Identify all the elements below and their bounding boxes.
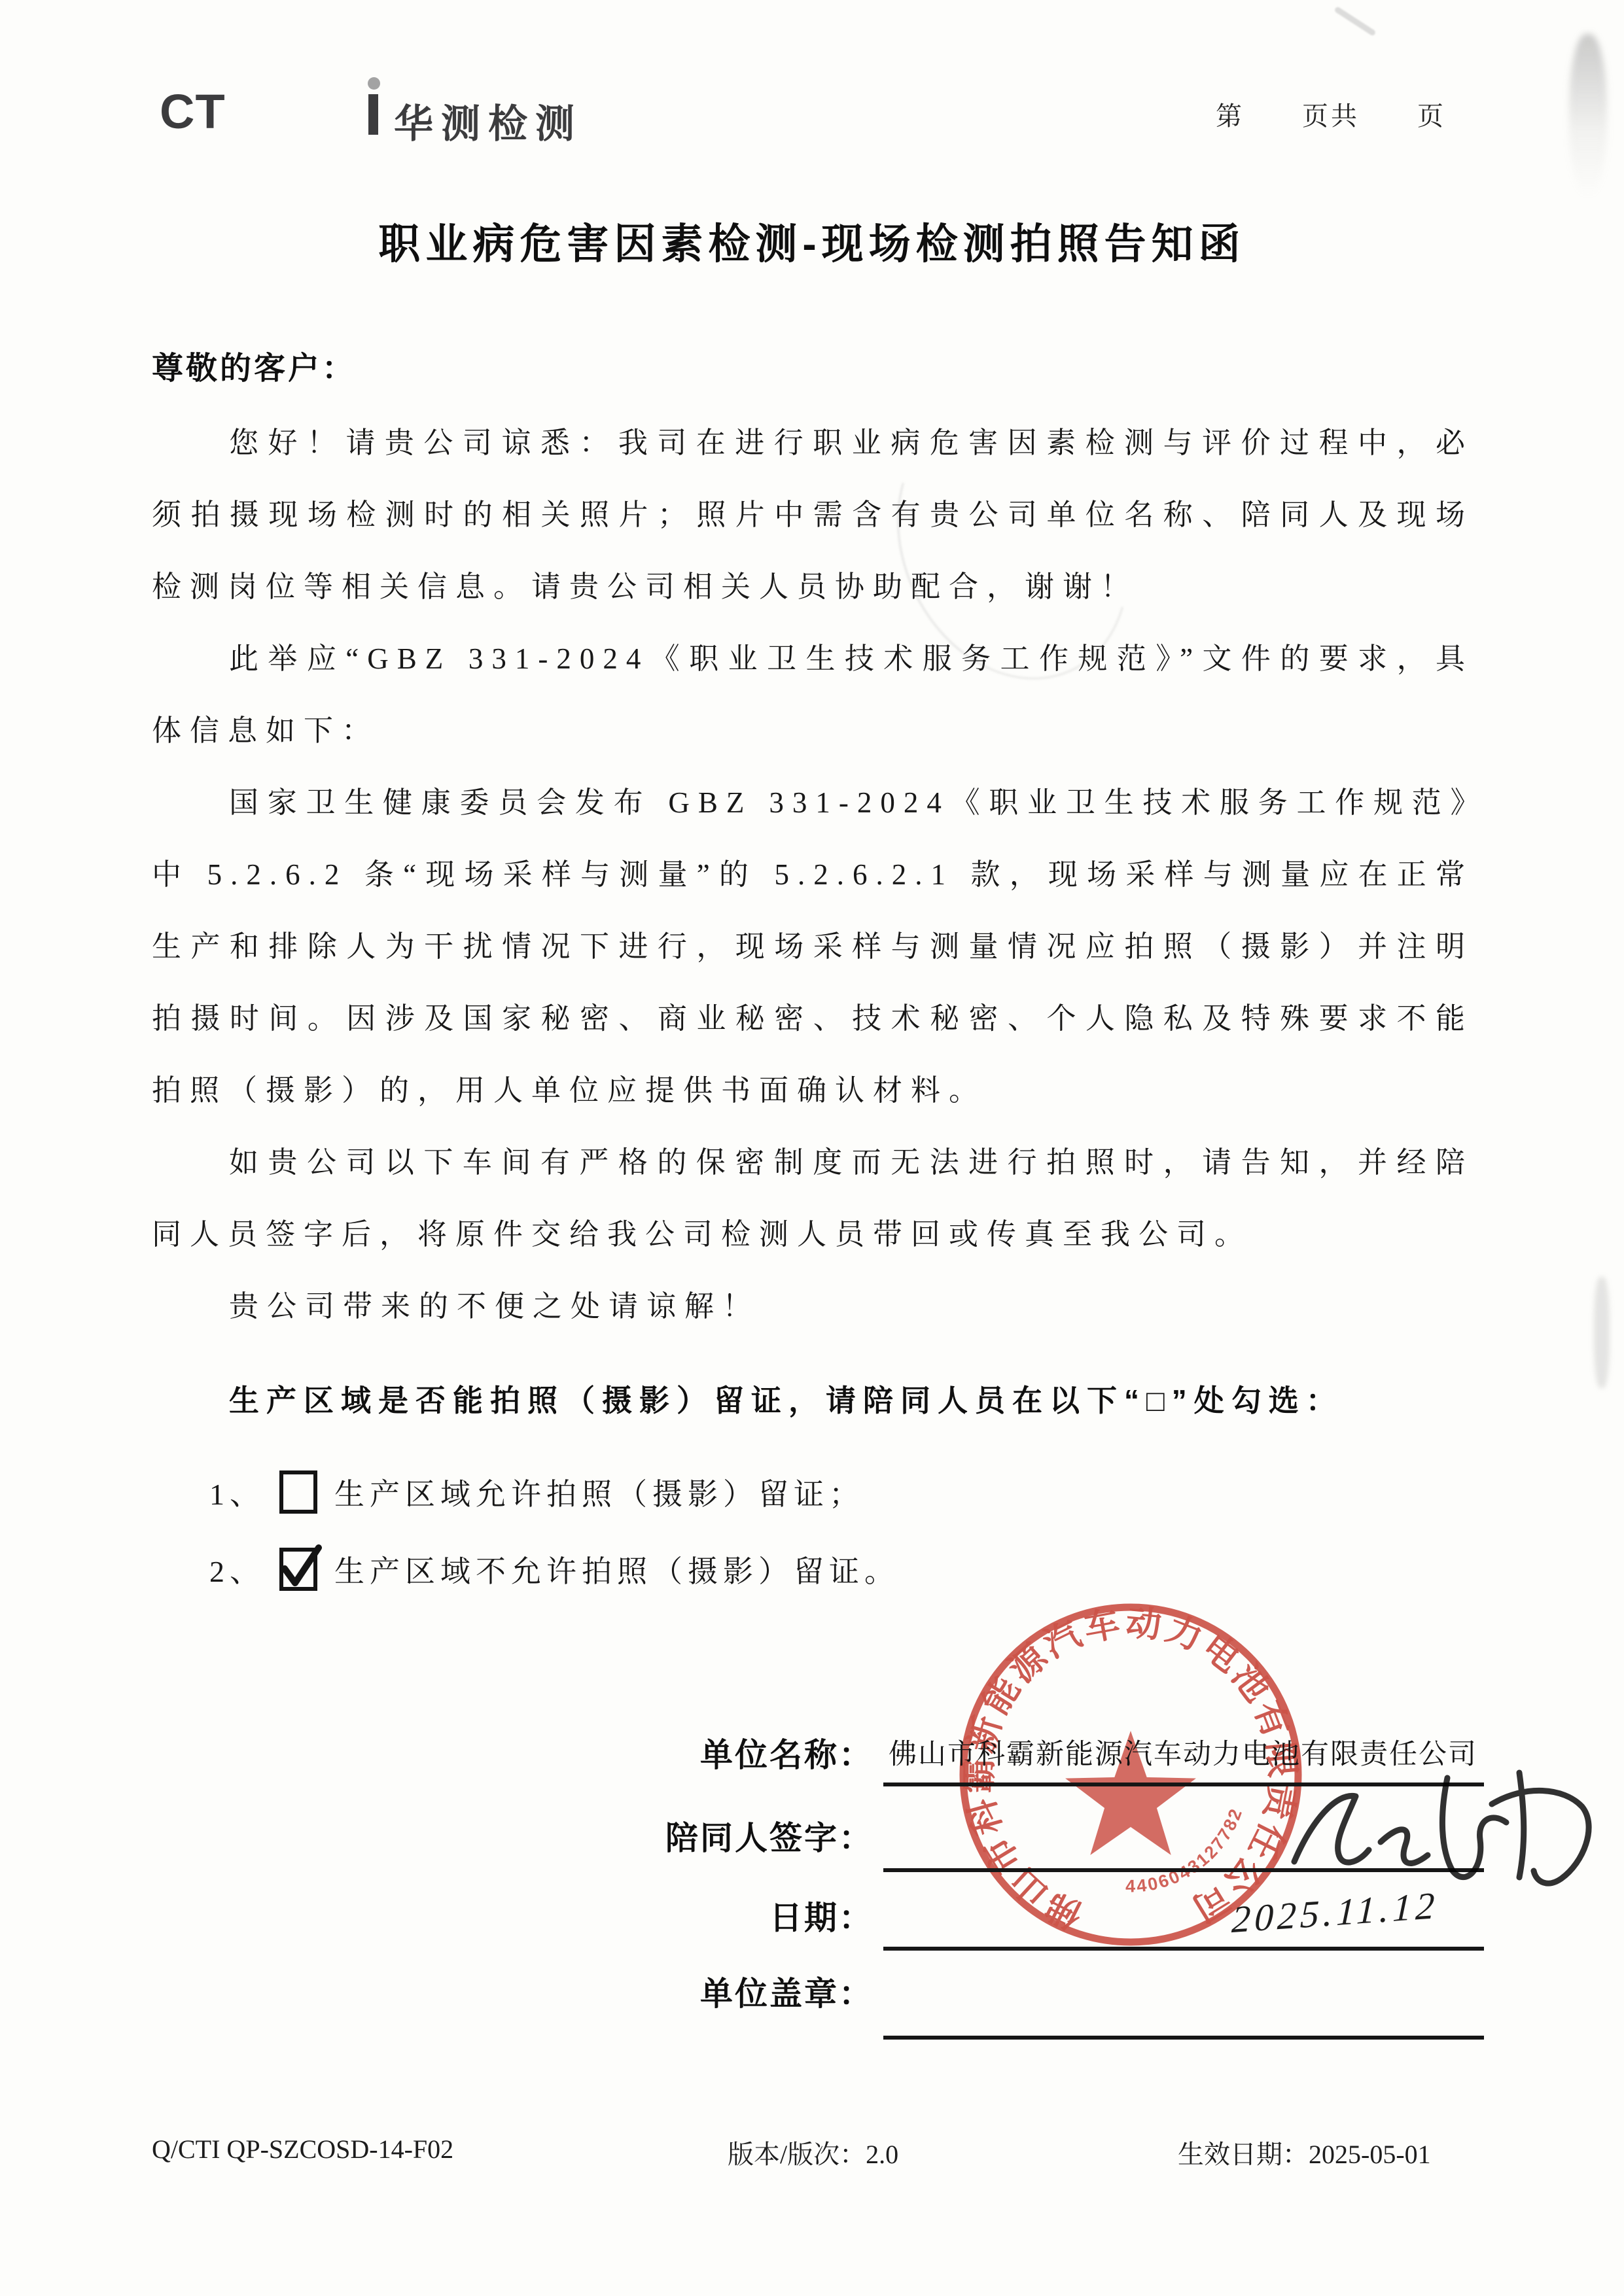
option-number: 1、 bbox=[209, 1470, 265, 1514]
footer-effective-date: 生效日期：2025-05-01 bbox=[1178, 2134, 1431, 2171]
cti-logo-i-stem bbox=[368, 94, 378, 135]
cti-logo-text: CT bbox=[160, 84, 226, 139]
paragraph-3: 国家卫生健康委员会发布 GBZ 331-2024《职业卫生技术服务工作规范》中 … bbox=[152, 767, 1474, 1126]
footer-doc-code: Q/CTI QP-SZCOSD-14-F02 bbox=[152, 2134, 453, 2165]
letter-body: 尊敬的客户： 您好！请贵公司谅悉：我司在进行职业病危害因素检测与评价过程中，必须… bbox=[152, 345, 1474, 1591]
cti-logo-dot-icon bbox=[368, 77, 380, 90]
company-seal-line bbox=[883, 2036, 1484, 2040]
field-label-accompanier-signature: 陪同人签字： bbox=[586, 1812, 874, 1859]
scan-artifact bbox=[1594, 1277, 1610, 1388]
footer-version: 版本/版次：2.0 bbox=[728, 2134, 898, 2171]
paragraph-5: 贵公司带来的不便之处请谅解！ bbox=[152, 1270, 1474, 1342]
option-number: 2、 bbox=[209, 1548, 265, 1591]
date-line bbox=[883, 1947, 1484, 1951]
option-disallow-photo: 2、 生产区域不允许拍照（摄影）留证。 bbox=[209, 1548, 1474, 1591]
field-label-company-name: 单位名称： bbox=[586, 1729, 874, 1776]
page-indicator: 第 页共 页 bbox=[1216, 96, 1446, 133]
cti-logo-chinese: 华测检测 bbox=[394, 93, 582, 149]
option-text: 生产区域不允许拍照（摄影）留证。 bbox=[334, 1548, 900, 1591]
document-title: 职业病危害因素检测-现场检测拍照告知函 bbox=[0, 211, 1624, 271]
scan-artifact bbox=[1569, 34, 1607, 198]
paragraph-1: 您好！请贵公司谅悉：我司在进行职业病危害因素检测与评价过程中，必须拍摄现场检测时… bbox=[152, 407, 1474, 623]
scan-artifact bbox=[1333, 6, 1376, 37]
check-mark-icon bbox=[275, 1537, 327, 1592]
cti-logo: CT 华测检测 bbox=[160, 88, 226, 147]
option-text: 生产区域允许拍照（摄影）留证； bbox=[334, 1470, 864, 1514]
signature-scribble bbox=[1276, 1758, 1603, 1896]
paragraph-2: 此举应“GBZ 331-2024《职业卫生技术服务工作规范》”文件的要求，具体信… bbox=[152, 623, 1474, 767]
paragraph-4: 如贵公司以下车间有严格的保密制度而无法进行拍照时，请告知，并经陪同人员签字后，将… bbox=[152, 1126, 1474, 1270]
checkbox-allow-photo[interactable] bbox=[279, 1470, 317, 1514]
checkbox-disallow-photo[interactable] bbox=[279, 1548, 317, 1591]
salutation: 尊敬的客户： bbox=[152, 345, 1474, 392]
scanned-document-page: CT 华测检测 第 页共 页 职业病危害因素检测-现场检测拍照告知函 尊敬的客户… bbox=[0, 0, 1624, 2296]
photo-permission-prompt: 生产区域是否能拍照（摄影）留证，请陪同人员在以下“□”处勾选： bbox=[152, 1365, 1474, 1436]
option-allow-photo: 1、 生产区域允许拍照（摄影）留证； bbox=[209, 1470, 1474, 1514]
field-label-date: 日期： bbox=[586, 1892, 874, 1939]
field-label-company-seal: 单位盖章： bbox=[586, 1968, 874, 2015]
